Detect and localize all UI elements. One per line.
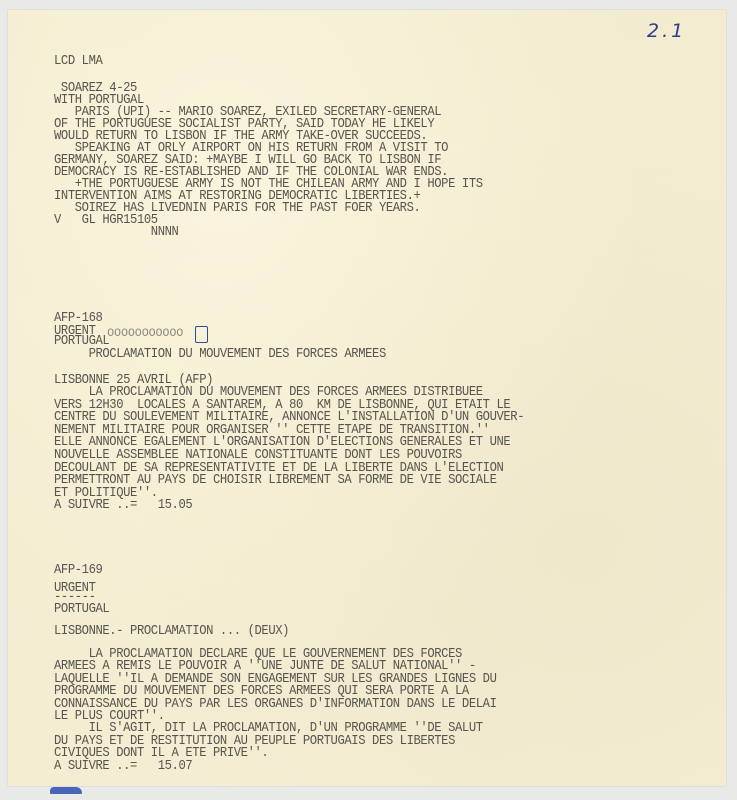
text-line: A SUIVRE ..= 15.05 — [54, 498, 192, 511]
blue-ink-smudge — [50, 787, 82, 794]
story2-title: PROCLAMATION DU MOUVEMENT DES FORCES ARM… — [54, 347, 386, 360]
handwritten-page-mark: 2.1 — [647, 20, 686, 42]
story3-id: AFP-169 — [54, 563, 102, 576]
routing-header: LCD LMA — [54, 54, 102, 67]
text-line: NNNN — [54, 225, 178, 238]
blue-ink-box — [195, 326, 208, 343]
text-line: A SUIVRE ..= 15.07 — [54, 759, 192, 772]
story3-country: PORTUGAL — [54, 602, 109, 615]
story2-overstrike: ooooooooooo — [107, 326, 183, 339]
story3-title: LISBONNE.- PROCLAMATION ... (DEUX) — [54, 624, 289, 637]
